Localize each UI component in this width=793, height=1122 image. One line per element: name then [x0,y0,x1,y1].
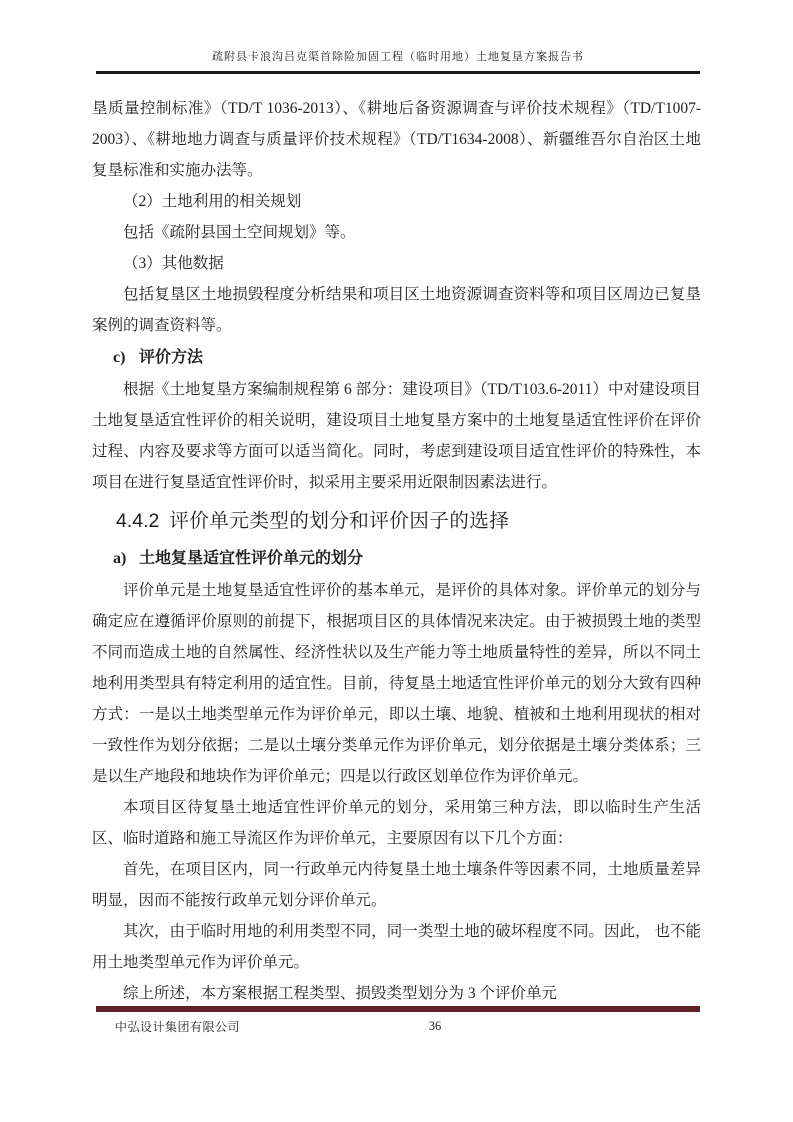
document-body: 垦质量控制标准》（TD/T 1036-2013）、《耕地后备资源调查与评价技术规… [92,93,701,1009]
paragraph-continuation: 垦质量控制标准》（TD/T 1036-2013）、《耕地后备资源调查与评价技术规… [92,93,701,186]
section-heading-4-4-2: 4.4.2评价单元类型的划分和评价因子的选择 [92,505,701,538]
document-page: 疏附县卡浪沟吕克渠首除险加固工程（临时用地）土地复垦方案报告书 垦质量控制标准》… [0,0,793,1122]
paragraph: 其次，由于临时用地的利用类型不同，同一类型土地的破坏程度不同。因此， 也不能用土… [92,916,701,978]
section-number: 4.4.2 [116,510,159,532]
sub-heading-marker: a) [113,543,139,574]
sub-heading-c-evaluation-method: c)评价方法 [92,342,701,373]
paragraph: 本项目区待复垦土地适宜性评价单元的划分，采用第三种方法，即以临时生产生活区、临时… [92,792,701,854]
footer-rule [96,1006,700,1012]
page-number: 36 [415,1019,455,1034]
paragraph: 根据《土地复垦方案编制规程第 6 部分：建设项目》（TD/T103.6-2011… [92,374,701,498]
sub-heading-title: 评价方法 [139,349,203,366]
list-item-3: （3）其他数据 [92,248,701,279]
paragraph: 评价单元是土地复垦适宜性评价的基本单元，是评价的具体对象。评价单元的划分与确定应… [92,575,701,792]
footer-company-name: 中弘设计集团有限公司 [115,1018,240,1035]
sub-heading-marker: c) [113,342,139,373]
section-title: 评价单元类型的划分和评价因子的选择 [169,510,509,532]
sub-heading-title: 土地复垦适宜性评价单元的划分 [139,550,363,567]
header-title: 疏附县卡浪沟吕克渠首除险加固工程（临时用地）土地复垦方案报告书 [96,48,700,64]
header-rule [96,71,700,74]
paragraph: 首先，在项目区内，同一行政单元内待复垦土地土壤条件等因素不同，土地质量差异明显，… [92,854,701,916]
paragraph: 综上所述，本方案根据工程类型、损毁类型划分为 3 个评价单元 [92,978,701,1009]
paragraph: 包括复垦区土地损毁程度分析结果和项目区土地资源调查资料等和项目区周边已复垦案例的… [92,279,701,341]
sub-heading-a-evaluation-unit: a)土地复垦适宜性评价单元的划分 [92,543,701,574]
list-item-2: （2）土地利用的相关规划 [92,186,701,217]
paragraph: 包括《疏附县国土空间规划》等。 [92,217,701,248]
